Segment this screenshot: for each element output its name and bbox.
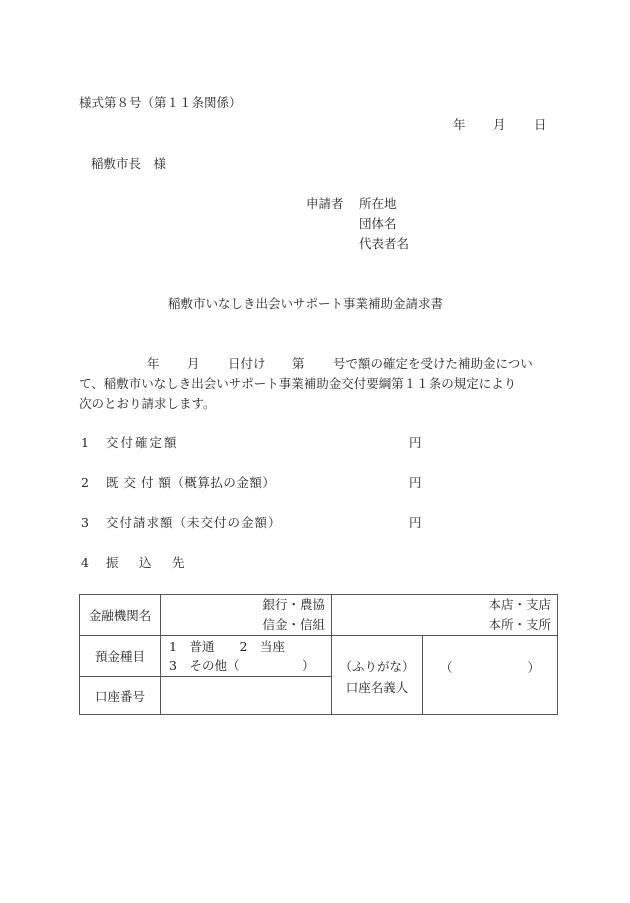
institution-label: 金融機関名 <box>80 595 161 636</box>
item-1-label: 交付確定額 <box>106 437 179 450</box>
body-month: 月 <box>187 358 200 371</box>
branch-type-1: 本店・支店 <box>332 595 551 615</box>
account-number-field[interactable] <box>161 677 332 715</box>
account-holder-field[interactable]: （ ） <box>423 636 558 715</box>
body-line3: 次のとおり請求します。 <box>79 398 216 411</box>
branch-type-2: 本所・支所 <box>332 615 551 635</box>
item-2-number: 2 <box>81 477 89 490</box>
account-holder-label: 口座名義人 <box>332 677 422 698</box>
body-number-prefix: 第 <box>292 358 305 371</box>
account-holder-kana-label: （ふりがな） <box>332 656 422 677</box>
item-3-unit: 円 <box>409 517 422 530</box>
account-number-label: 口座番号 <box>80 677 161 715</box>
applicant-address-label: 所在地 <box>359 198 397 211</box>
date-month: 月 <box>493 119 506 132</box>
applicant-organization-label: 団体名 <box>359 218 397 231</box>
body-line1-rest: 号で額の確定を受けた補助金につい <box>333 358 533 371</box>
date-day: 日 <box>534 119 547 132</box>
body-year: 年 <box>147 358 160 371</box>
deposit-type-field[interactable]: 1 普通 2 当座 3 その他（ ） <box>161 636 332 677</box>
item-4-label: 振 込 先 <box>106 557 189 570</box>
item-1-number: 1 <box>81 437 89 450</box>
body-date-suffix: 日付け <box>228 358 266 371</box>
deposit-option-1: 1 普通 2 当座 <box>169 637 331 656</box>
applicant-representative-label: 代表者名 <box>359 238 409 251</box>
form-number: 様式第８号（第１１条関係） <box>79 97 242 110</box>
applicant-label: 申請者 <box>306 198 344 211</box>
account-holder-label-cell: （ふりがな） 口座名義人 <box>332 636 423 715</box>
body-line2: て、稲敷市いなしき出会いサポート事業補助金交付要綱第１１条の規定により <box>79 378 516 391</box>
bank-transfer-table: 金融機関名 銀行・農協 信金・信組 本店・支店 本所・支所 預金種目 1 普通 … <box>79 594 558 715</box>
item-2-unit: 円 <box>409 477 422 490</box>
item-3-number: 3 <box>81 517 89 530</box>
deposit-type-label: 預金種目 <box>80 636 161 677</box>
date-line: 年 <box>453 119 466 132</box>
deposit-option-2: 3 その他（ ） <box>169 656 331 675</box>
institution-type-1: 銀行・農協 <box>161 595 325 615</box>
document-title: 稲敷市いなしき出会いサポート事業補助金請求書 <box>168 298 443 311</box>
item-3-label: 交付請求額（未交付の金額） <box>106 517 282 530</box>
item-4-number: 4 <box>81 557 89 570</box>
account-holder-kana-paren: （ ） <box>440 660 540 675</box>
institution-name-field[interactable]: 銀行・農協 信金・信組 <box>161 595 332 636</box>
item-2-label: 既 交 付 額（概算払の金額） <box>106 477 275 490</box>
branch-name-field[interactable]: 本店・支店 本所・支所 <box>332 595 558 636</box>
date-year: 年 <box>453 117 466 132</box>
item-1-unit: 円 <box>409 437 422 450</box>
addressee: 稲敷市長 様 <box>91 158 166 171</box>
institution-type-2: 信金・信組 <box>161 615 325 635</box>
